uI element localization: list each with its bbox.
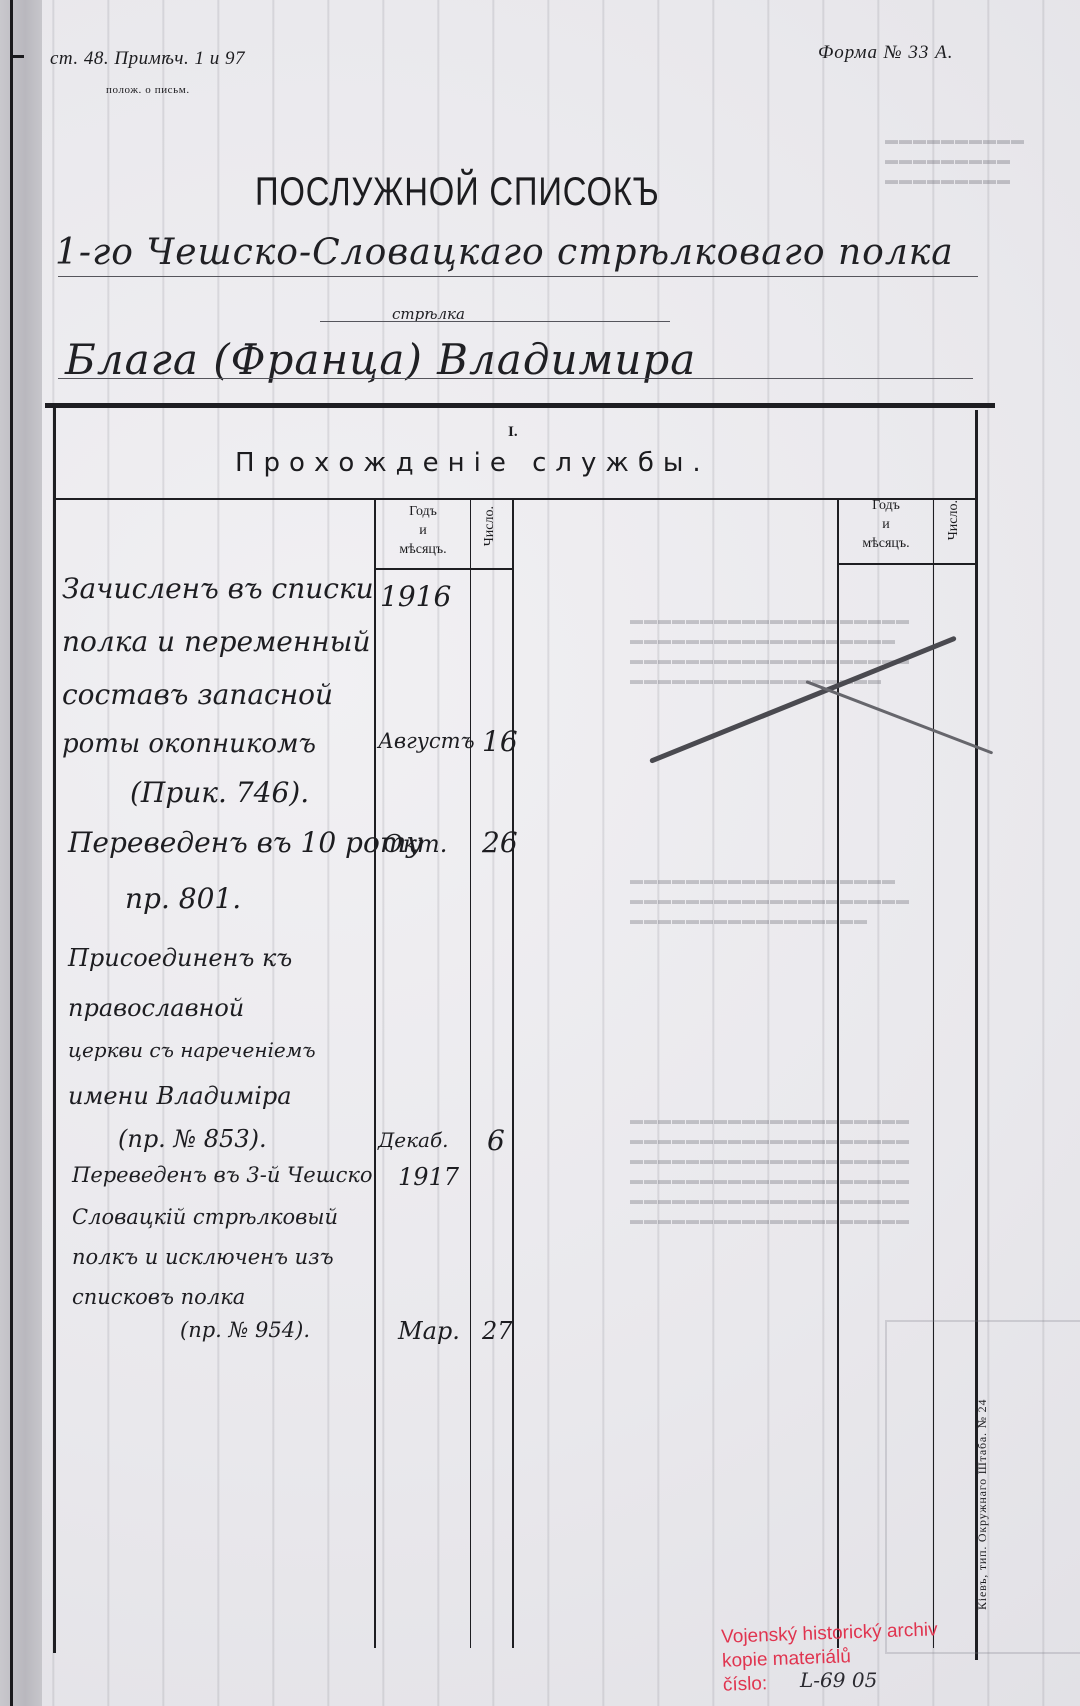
show-through-text: ▬▬▬▬▬▬▬▬▬▬▬▬▬▬▬▬▬▬▬▬▬▬▬▬▬▬▬▬▬▬▬▬▬▬▬▬▬▬▬▬…: [630, 870, 910, 930]
section-title: Прохожденіе службы.: [235, 448, 710, 478]
regiment-name: 1-го Чешско-Словацкаго стрѣлковаго полка: [55, 232, 954, 273]
entry-1-month: Августъ: [378, 729, 475, 753]
entry-2-month: Окт.: [383, 830, 447, 858]
entry-2-line: пр. 801.: [125, 882, 241, 915]
header-line: мѣсяцъ.: [376, 540, 470, 559]
header-line: и: [839, 515, 933, 534]
table-left-border: [53, 408, 56, 1653]
entry-3-line: православной: [68, 994, 244, 1022]
entry-4-line: Словацкій стрѣлковый: [72, 1205, 338, 1229]
archive-number: L-69 05: [800, 1668, 877, 1692]
entry-3-line: церкви съ нареченіемъ: [68, 1038, 316, 1062]
printer-imprint: Кіевъ, тип. Окружнаго Штаба. № 24: [975, 1399, 990, 1610]
column-header-day-right: Число.: [946, 500, 962, 540]
entry-1-year: 1916: [380, 580, 451, 613]
entry-4-line: списковъ полка: [72, 1285, 245, 1309]
entry-3-day: 6: [487, 1124, 505, 1157]
header-line: и: [376, 521, 470, 540]
document-title: ПОСЛУЖНОЙ СПИСОКЪ: [255, 170, 660, 215]
entry-4-month: Мар.: [398, 1317, 460, 1345]
entry-3-line: (пр. № 853).: [118, 1125, 267, 1153]
entry-3-line: имени Владиміра: [68, 1082, 292, 1110]
entry-4-line: (пр. № 954).: [180, 1318, 310, 1342]
entry-1-line: роты окопникомъ: [62, 729, 316, 759]
entry-1-day: 16: [482, 725, 518, 758]
entry-1-line: составъ запасной: [62, 678, 333, 711]
entry-4-line: Переведенъ въ 3-й Чешско: [72, 1163, 373, 1187]
show-through-text: ▬▬▬▬▬▬▬▬▬▬▬▬▬▬▬▬▬▬▬▬▬▬▬▬▬▬▬▬▬▬▬▬▬▬▬▬▬▬▬▬…: [630, 610, 910, 690]
rank-underline: [320, 321, 670, 322]
edge-tick: [10, 55, 24, 58]
section-number: I.: [508, 424, 518, 441]
entry-1-line: (Прик. 746).: [130, 776, 309, 809]
left-header-bottom-line: [376, 568, 512, 570]
entry-3-line: Присоединенъ къ: [68, 944, 292, 972]
entry-1-line: Зачисленъ въ списки: [62, 572, 374, 605]
scan-edge-strip: [0, 0, 42, 1706]
regiment-underline: [58, 276, 978, 277]
entry-4-year: 1917: [398, 1163, 459, 1191]
column-header-year-month: Годъ и мѣсяцъ.: [376, 502, 470, 559]
column-header-day: Число.: [482, 506, 498, 546]
header-line: мѣсяцъ.: [839, 534, 933, 553]
form-number: Форма № 33 А.: [818, 42, 953, 64]
section-rule: [45, 403, 995, 408]
entry-2-day: 26: [482, 826, 518, 859]
show-through-text: ▬▬▬▬▬▬▬▬▬▬▬▬▬▬▬▬▬▬▬▬▬▬▬▬▬▬▬▬▬▬▬▬▬▬▬▬▬▬▬▬…: [630, 1110, 910, 1230]
entry-3-month: Декаб.: [378, 1128, 449, 1152]
entry-1-line: полка и переменный: [62, 625, 371, 658]
entry-2-line: Переведенъ въ 10 роту: [68, 826, 423, 859]
left-text-column-divider: [374, 498, 376, 1648]
header-line: Годъ: [839, 496, 933, 515]
regulation-reference-sub: полож. о письм.: [106, 84, 190, 96]
right-header-bottom-line: [839, 563, 975, 565]
left-date-column-divider: [470, 498, 471, 1648]
column-header-year-month-right: Годъ и мѣсяцъ.: [839, 496, 933, 553]
edge-line: [10, 0, 13, 1706]
right-text-column-divider: [837, 498, 839, 1648]
name-underline: [58, 378, 973, 379]
regulation-reference: ст. 48. Примѣч. 1 и 97: [50, 48, 245, 70]
show-through-text: ▬▬▬▬▬▬▬▬▬▬▬▬▬▬▬▬▬▬▬▬▬▬▬▬▬▬▬▬: [885, 130, 1025, 190]
entry-4-line: полкъ и исключенъ изъ: [72, 1245, 334, 1269]
soldier-name: Блага (Франца) Владимира: [65, 335, 696, 384]
header-line: Годъ: [376, 502, 470, 521]
left-half-right-border: [512, 498, 514, 1648]
entry-4-day: 27: [482, 1317, 513, 1345]
